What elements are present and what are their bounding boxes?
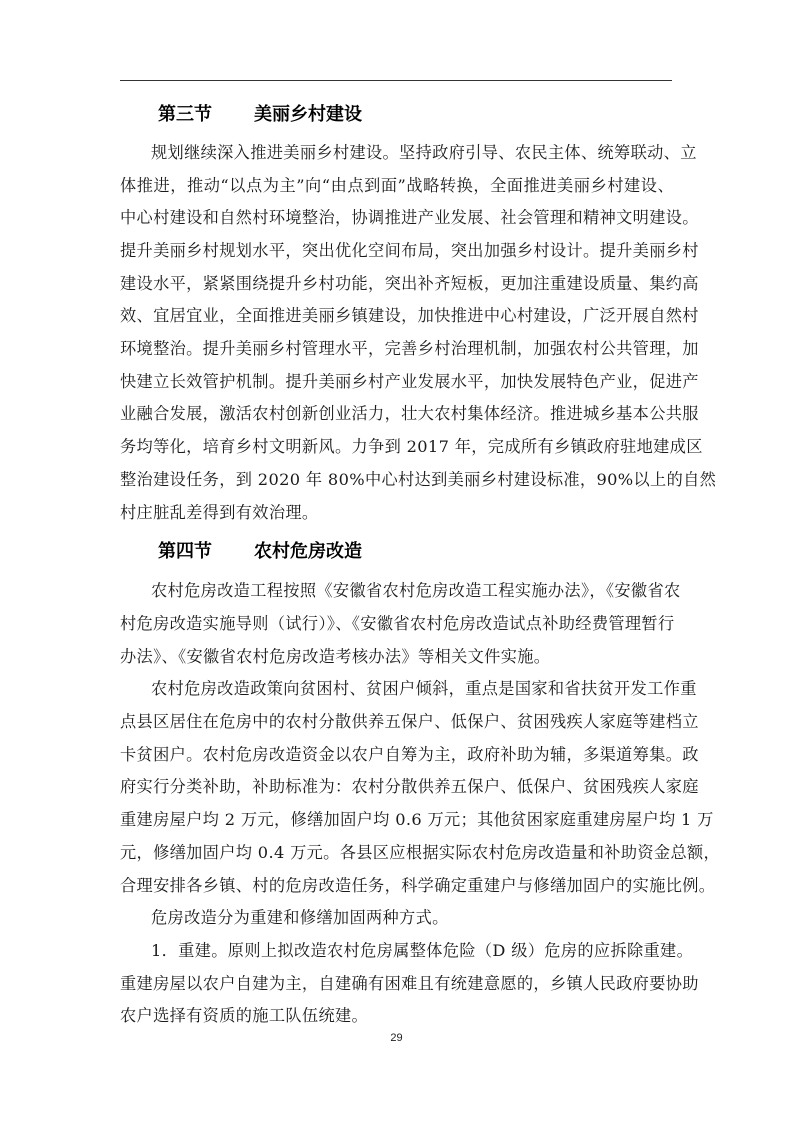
paragraph-line: 农村危房改造政策向贫困村、贫困户倾斜，重点是国家和省扶贫开发工作重: [151, 679, 674, 699]
paragraph-line: 办法》、《安徽省农村危房改造考核办法》等相关文件实施。: [120, 647, 674, 667]
section-title: 美丽乡村建设: [254, 104, 362, 125]
section-heading-3: 第三节美丽乡村建设: [158, 104, 362, 126]
paragraph-line: 元，修缮加固户均 0.4 万元。各县区应根据实际农村危房改造量和补助资金总额，: [120, 843, 674, 863]
page-number: 29: [0, 1032, 793, 1044]
paragraph-line: 中心村建设和自然村环境整治，协调推进产业发展、社会管理和精神文明建设。: [120, 208, 674, 228]
section-heading-4: 第四节农村危房改造: [158, 541, 362, 563]
paragraph-line: 环境整治。提升美丽乡村管理水平，完善乡村治理机制，加强农村公共管理，加: [120, 339, 674, 359]
paragraph-line: 卡贫困户。农村危房改造资金以农户自筹为主，政府补助为辅，多渠道筹集。政: [120, 745, 674, 765]
paragraph-line: 危房改造分为重建和修缮加固两种方式。: [151, 908, 674, 928]
header-rule: [120, 80, 672, 81]
paragraph-line: 整治建设任务，到 2020 年 80%中心村达到美丽乡村建设标准，90%以上的自…: [120, 470, 674, 490]
paragraph-line: 村危房改造实施导则（试行）》、《安徽省农村危房改造试点补助经费管理暂行: [120, 614, 674, 634]
paragraph-line: 1．重建。原则上拟改造农村危房属整体危险（D 级）危房的应拆除重建。: [151, 941, 674, 961]
section-number: 第三节: [158, 104, 212, 125]
paragraph-line: 农村危房改造工程按照《安徽省农村危房改造工程实施办法》，《安徽省农: [151, 581, 674, 601]
paragraph-line: 重建房屋户均 2 万元，修缮加固户均 0.6 万元；其他贫困家庭重建房屋户均 1…: [120, 810, 674, 830]
paragraph-line: 建设水平，紧紧围绕提升乡村功能，突出补齐短板，更加注重建设质量、集约高: [120, 274, 674, 294]
section-number: 第四节: [158, 541, 212, 562]
paragraph-line: 务均等化，培育乡村文明新风。力争到 2017 年，完成所有乡镇政府驻地建成区: [120, 437, 674, 457]
paragraph-line: 村庄脏乱差得到有效治理。: [120, 503, 674, 523]
section-title: 农村危房改造: [254, 541, 362, 562]
paragraph-line: 提升美丽乡村规划水平，突出优化空间布局，突出加强乡村设计。提升美丽乡村: [120, 241, 674, 261]
paragraph-line: 合理安排各乡镇、村的危房改造任务，科学确定重建户与修缮加固户的实施比例。: [120, 876, 674, 896]
paragraph-line: 农户选择有资质的施工队伍统建。: [120, 1006, 674, 1026]
paragraph-line: 点县区居住在危房中的农村分散供养五保户、低保户、贫困残疾人家庭等建档立: [120, 712, 674, 732]
paragraph-line: 体推进，推动“以点为主”向“由点到面”战略转换，全面推进美丽乡村建设、: [120, 176, 674, 196]
paragraph-line: 业融合发展，激活农村创新创业活力，壮大农村集体经济。推进城乡基本公共服: [120, 404, 674, 424]
paragraph-line: 重建房屋以农户自建为主，自建确有困难且有统建意愿的，乡镇人民政府要协助: [120, 974, 674, 994]
paragraph-line: 府实行分类补助，补助标准为：农村分散供养五保户、低保户、贫困残疾人家庭: [120, 777, 674, 797]
paragraph-line: 快建立长效管护机制。提升美丽乡村产业发展水平，加快发展特色产业，促进产: [120, 372, 674, 392]
paragraph-line: 规划继续深入推进美丽乡村建设。坚持政府引导、农民主体、统筹联动、立: [151, 143, 674, 163]
paragraph-line: 效、宜居宜业，全面推进美丽乡镇建设，加快推进中心村建设，广泛开展自然村: [120, 306, 674, 326]
